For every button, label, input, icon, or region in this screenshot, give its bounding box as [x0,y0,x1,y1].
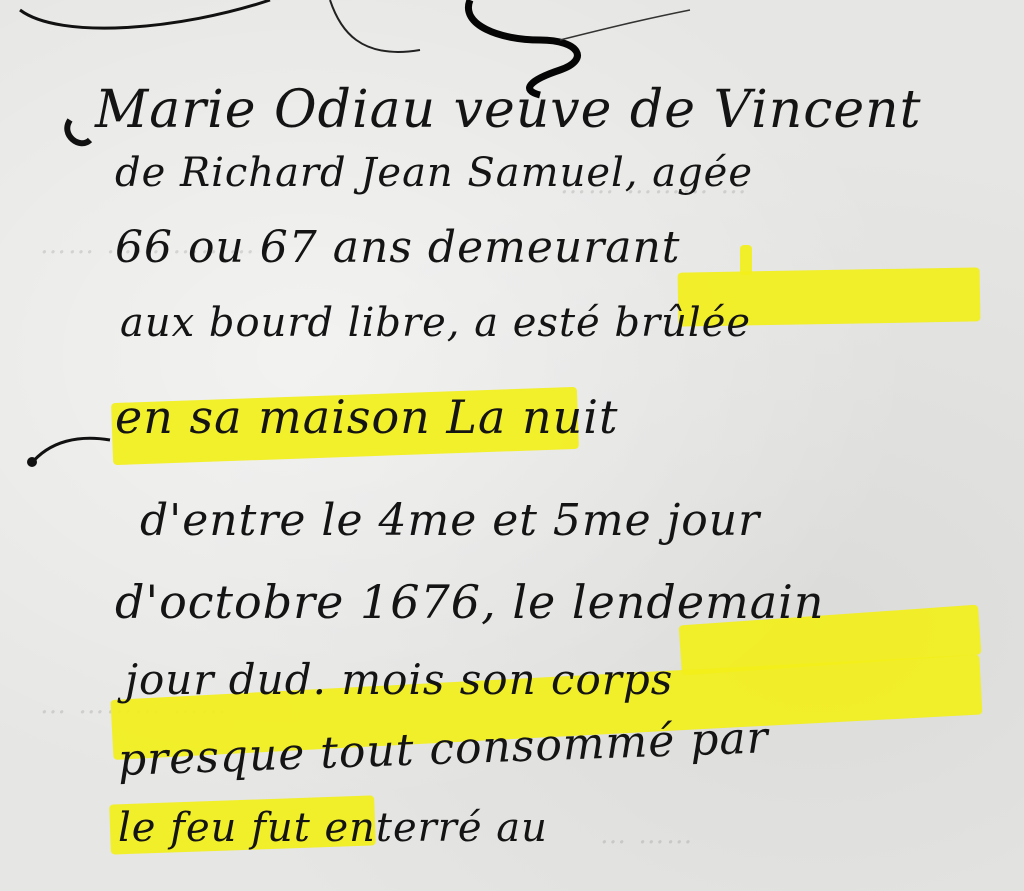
manuscript-page: …… ……… … …… …… ……… … ……… …… … …… Marie O… [0,0,1024,891]
manuscript-line: d'octobre 1676, le lendemain [115,575,825,629]
manuscript-line: aux bourd libre, a esté brûlée [120,300,751,346]
highlight-band [740,245,752,275]
manuscript-line: de Richard Jean Samuel, agée [115,150,753,196]
manuscript-line: d'entre le 4me et 5me jour [140,495,760,546]
manuscript-line: le feu fut enterré au [118,805,548,851]
manuscript-line: Marie Odiau veuve de Vincent [95,80,922,140]
manuscript-line: 66 ou 67 ans demeurant [115,222,681,273]
bleed-through-text: … …… [600,820,694,850]
manuscript-line: en sa maison La nuit [115,390,618,444]
manuscript-line: jour dud. mois son corps [125,655,673,704]
